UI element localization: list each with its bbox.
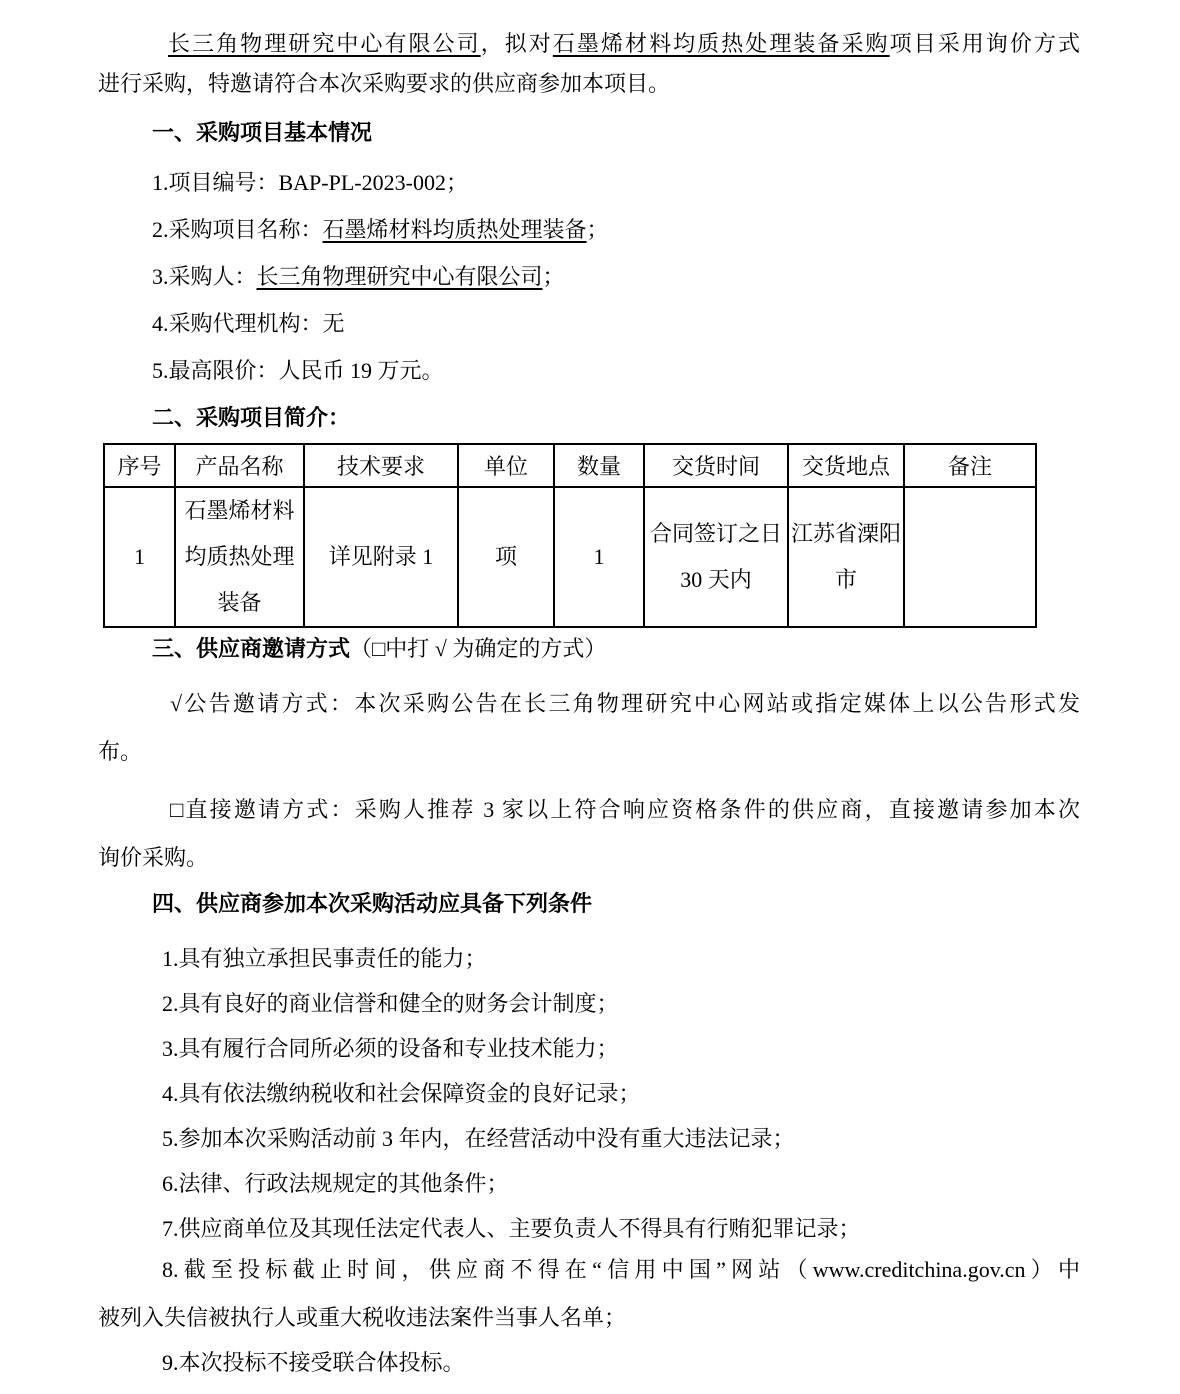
check-mark-icon: √: [170, 691, 182, 716]
project-name-label: 2.采购项目名称：: [152, 217, 323, 242]
condition-item-1: 1.具有独立承担民事责任的能力；: [98, 944, 1080, 974]
option2-line-2: 询价采购。: [98, 834, 1080, 882]
intro-line-2: 进行采购，特邀请符合本次采购要求的供应商参加本项目。: [98, 64, 1080, 104]
cell-tech: 详见附录 1: [304, 487, 458, 627]
section4-heading: 四、供应商参加本次采购活动应具备下列条件: [98, 889, 1080, 919]
cell-remark: [904, 487, 1036, 627]
condition-item-8: 8.截至投标截止时间，供应商不得在“信用中国”网站（www.creditchin…: [98, 1246, 1080, 1342]
purchaser-value: 长三角物理研究中心有限公司: [257, 264, 543, 289]
option2-text: 直接邀请方式：采购人推荐 3 家以上符合响应资格条件的供应商，直接邀请参加本次: [185, 797, 1080, 822]
condition-item-5: 5.参加本次采购活动前 3 年内，在经营活动中没有重大违法记录；: [98, 1124, 1080, 1154]
col-header-seq: 序号: [104, 444, 175, 487]
condition-item-9: 9.本次投标不接受联合体投标。: [98, 1348, 1080, 1378]
project-name-value: 石墨烯材料均质热处理装备: [323, 217, 587, 242]
option2-line-1: □直接邀请方式：采购人推荐 3 家以上符合响应资格条件的供应商，直接邀请参加本次: [98, 786, 1080, 834]
project-name-item: 2.采购项目名称：石墨烯材料均质热处理装备；: [98, 215, 1080, 245]
project-name-punct: ；: [587, 217, 609, 242]
condition-item-8-line-2: 被列入失信被执行人或重大税收违法案件当事人名单；: [98, 1294, 1080, 1342]
col-header-qty: 数量: [554, 444, 644, 487]
condition-item-3: 3.具有履行合同所必须的设备和专业技术能力；: [98, 1034, 1080, 1064]
intro-text: ，拟对: [481, 31, 553, 56]
price-limit-item: 5.最高限价：人民币 19 万元。: [98, 356, 1080, 386]
condition-item-2: 2.具有良好的商业信誉和健全的财务会计制度；: [98, 989, 1080, 1019]
col-header-tech: 技术要求: [304, 444, 458, 487]
col-header-delivery-time: 交货时间: [644, 444, 788, 487]
section2-heading: 二、采购项目简介：: [98, 403, 1080, 433]
cell-seq: 1: [104, 487, 175, 627]
announcement-invitation-option: √公告邀请方式：本次采购公告在长三角物理研究中心网站或指定媒体上以公告形式发 布…: [98, 680, 1080, 776]
section1-heading: 一、采购项目基本情况: [98, 118, 1080, 148]
project-number-item: 1.项目编号：BAP-PL-2023-002；: [98, 168, 1080, 198]
purchaser-item: 3.采购人：长三角物理研究中心有限公司；: [98, 262, 1080, 292]
option1-line-1: √公告邀请方式：本次采购公告在长三角物理研究中心网站或指定媒体上以公告形式发: [98, 680, 1080, 728]
cell-qty: 1: [554, 487, 644, 627]
col-header-remark: 备注: [904, 444, 1036, 487]
checkbox-icon: □: [170, 797, 185, 822]
section3-heading-note: （□中打 √ 为确定的方式）: [350, 636, 606, 661]
buyer-name-underlined: 长三角物理研究中心有限公司: [168, 31, 481, 56]
col-header-delivery-place: 交货地点: [788, 444, 904, 487]
table-row: 1 石墨烯材料均质热处理装备 详见附录 1 项 1 合同签订之日 30 天内 江…: [104, 487, 1036, 627]
agency-item: 4.采购代理机构：无: [98, 309, 1080, 339]
cell-delivery-place: 江苏省溧阳市: [788, 487, 904, 627]
document-page: 长三角物理研究中心有限公司，拟对石墨烯材料均质热处理装备采购项目采用询价方式 进…: [0, 0, 1180, 1394]
cell-delivery-time: 合同签订之日 30 天内: [644, 487, 788, 627]
intro-line-1: 长三角物理研究中心有限公司，拟对石墨烯材料均质热处理装备采购项目采用询价方式: [98, 24, 1080, 64]
condition-item-8-line-1: 8.截至投标截止时间，供应商不得在“信用中国”网站（www.creditchin…: [98, 1246, 1080, 1294]
project-name-underlined: 石墨烯材料均质热处理装备采购: [553, 31, 890, 56]
table-header-row: 序号 产品名称 技术要求 单位 数量 交货时间 交货地点 备注: [104, 444, 1036, 487]
direct-invitation-option: □直接邀请方式：采购人推荐 3 家以上符合响应资格条件的供应商，直接邀请参加本次…: [98, 786, 1080, 882]
section3-heading-main: 三、供应商邀请方式: [152, 636, 350, 661]
section3-heading: 三、供应商邀请方式（□中打 √ 为确定的方式）: [98, 634, 1080, 664]
condition-item-6: 6.法律、行政法规规定的其他条件；: [98, 1169, 1080, 1199]
purchaser-label: 3.采购人：: [152, 264, 257, 289]
col-header-product: 产品名称: [175, 444, 304, 487]
col-header-unit: 单位: [458, 444, 554, 487]
condition-item-4: 4.具有依法缴纳税收和社会保障资金的良好记录；: [98, 1079, 1080, 1109]
intro-paragraph: 长三角物理研究中心有限公司，拟对石墨烯材料均质热处理装备采购项目采用询价方式 进…: [98, 24, 1080, 104]
cell-unit: 项: [458, 487, 554, 627]
intro-text-tail: 项目采用询价方式: [890, 31, 1080, 56]
procurement-items-table: 序号 产品名称 技术要求 单位 数量 交货时间 交货地点 备注 1 石墨烯材料均…: [103, 443, 1037, 628]
option1-text: 公告邀请方式：本次采购公告在长三角物理研究中心网站或指定媒体上以公告形式发: [182, 691, 1080, 716]
condition-item-7: 7.供应商单位及其现任法定代表人、主要负责人不得具有行贿犯罪记录；: [98, 1214, 1080, 1244]
cell-product: 石墨烯材料均质热处理装备: [175, 487, 304, 627]
purchaser-punct: ；: [543, 264, 565, 289]
option1-line-2: 布。: [98, 728, 1080, 776]
